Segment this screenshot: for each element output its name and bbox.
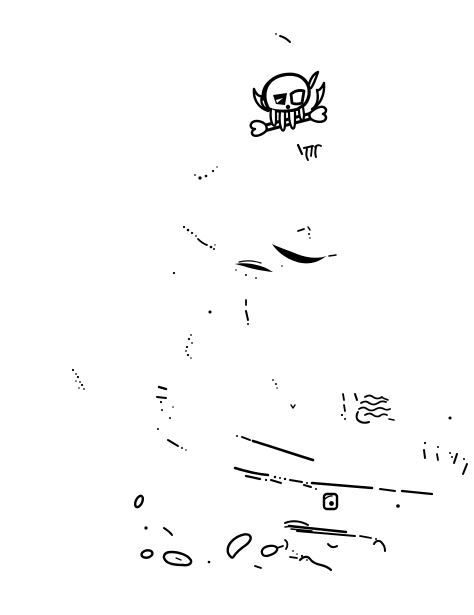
- dot-right-of-die: [396, 504, 400, 508]
- dashed-ground-line: [235, 468, 432, 494]
- brim-swoosh-left: [235, 261, 273, 279]
- dotted-squiggle-column: [185, 334, 193, 359]
- single-dot-right: [449, 417, 452, 420]
- die: [324, 494, 337, 509]
- brim-swoosh-main: [272, 244, 336, 267]
- crosshatch-patch: [357, 396, 394, 423]
- far-left-dotted-trail: [72, 369, 85, 390]
- neck-dashes: [209, 300, 250, 325]
- skull-emblem: [251, 72, 326, 136]
- face-dots: [194, 166, 218, 179]
- sketch-canvas: [40, 16, 474, 599]
- dash-column: [341, 394, 357, 420]
- small-curve-ticks: [328, 541, 385, 551]
- mid-dots: [272, 379, 295, 408]
- double-ground-lines: [285, 521, 377, 540]
- dotted-trail-upper: [173, 226, 216, 274]
- tally-marks: [298, 145, 321, 160]
- sketch-svg: [40, 16, 474, 599]
- right-tick-marks: [424, 442, 467, 474]
- diagonal-line-upper: [236, 435, 313, 460]
- left-arm-marks: [157, 387, 187, 451]
- marks-above-brim: [298, 227, 311, 239]
- top-dash: [275, 33, 290, 42]
- bottom-squiggle: [290, 557, 331, 570]
- pebbles: [134, 495, 308, 568]
